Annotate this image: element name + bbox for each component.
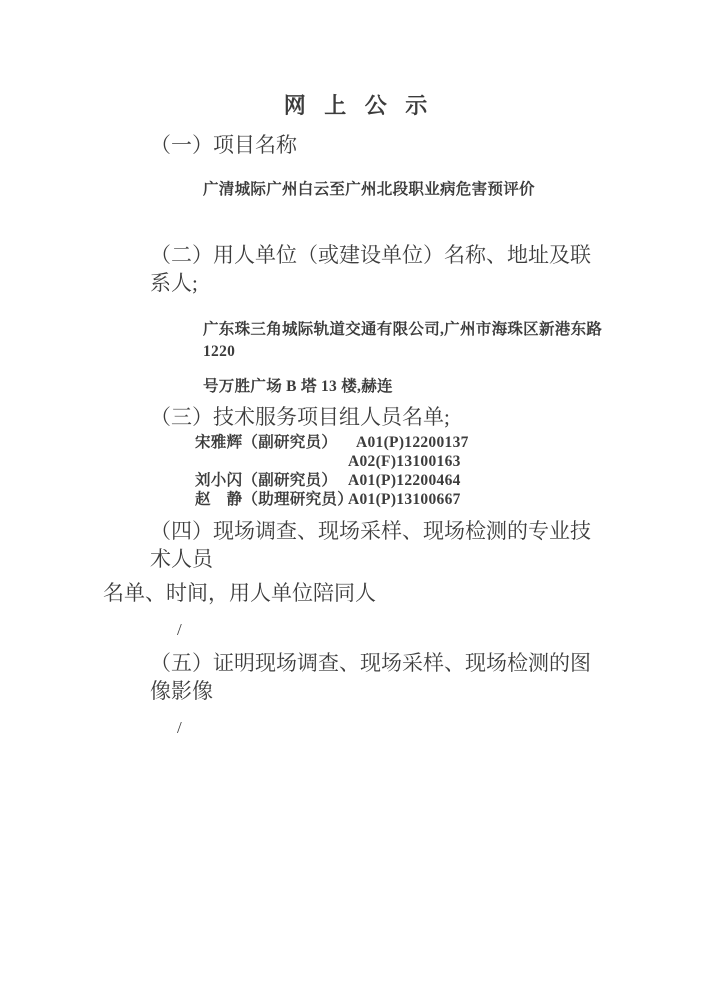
- personnel-row: 宋雅辉（副研究员） A01(P)12200137: [195, 433, 610, 452]
- personnel-name: 宋雅辉（副研究员）: [195, 433, 348, 452]
- personnel-name: 赵 静（助理研究员）: [195, 490, 348, 509]
- section-4-heading-line-1: （四）现场调查、现场采样、现场检测的专业技术人员: [150, 517, 610, 573]
- document-title: 网 上 公 示: [103, 93, 610, 119]
- personnel-list: 宋雅辉（副研究员） A01(P)12200137 A02(F)13100163 …: [103, 433, 610, 509]
- personnel-cert-number: A01(P)13100667: [348, 490, 610, 509]
- personnel-row: 刘小闪（副研究员） A01(P)12200464: [195, 471, 610, 490]
- personnel-name: [195, 452, 348, 471]
- section-4-heading-line-2: 名单、时间，用人单位陪同人: [103, 579, 610, 607]
- employer-address-line-1: 广东珠三角城际轨道交通有限公司,广州市海珠区新港东路 1220: [203, 319, 610, 363]
- section-3-heading: （三）技术服务项目组人员名单;: [150, 403, 610, 431]
- section-2-heading: （二）用人单位（或建设单位）名称、地址及联系人;: [150, 241, 610, 297]
- personnel-row: A02(F)13100163: [195, 452, 610, 471]
- personnel-cert-number: A01(P)12200137: [348, 433, 610, 452]
- project-name: 广清城际广州白云至广州北段职业病危害预评价: [203, 179, 610, 201]
- personnel-name: 刘小闪（副研究员）: [195, 471, 348, 490]
- personnel-cert-number: A02(F)13100163: [348, 452, 610, 471]
- employer-address-line-2: 号万胜广场 B 塔 13 楼,赫连: [203, 376, 610, 398]
- section-4-empty-placeholder: /: [177, 619, 610, 641]
- section-1-heading: （一）项目名称: [150, 131, 610, 159]
- section-5-heading: （五）证明现场调查、现场采样、现场检测的图像影像: [150, 649, 610, 705]
- personnel-row: 赵 静（助理研究员） A01(P)13100667: [195, 490, 610, 509]
- personnel-cert-number: A01(P)12200464: [348, 471, 610, 490]
- section-5-empty-placeholder: /: [177, 717, 610, 739]
- document-page: 网 上 公 示 （一）项目名称 广清城际广州白云至广州北段职业病危害预评价 （二…: [0, 0, 707, 1000]
